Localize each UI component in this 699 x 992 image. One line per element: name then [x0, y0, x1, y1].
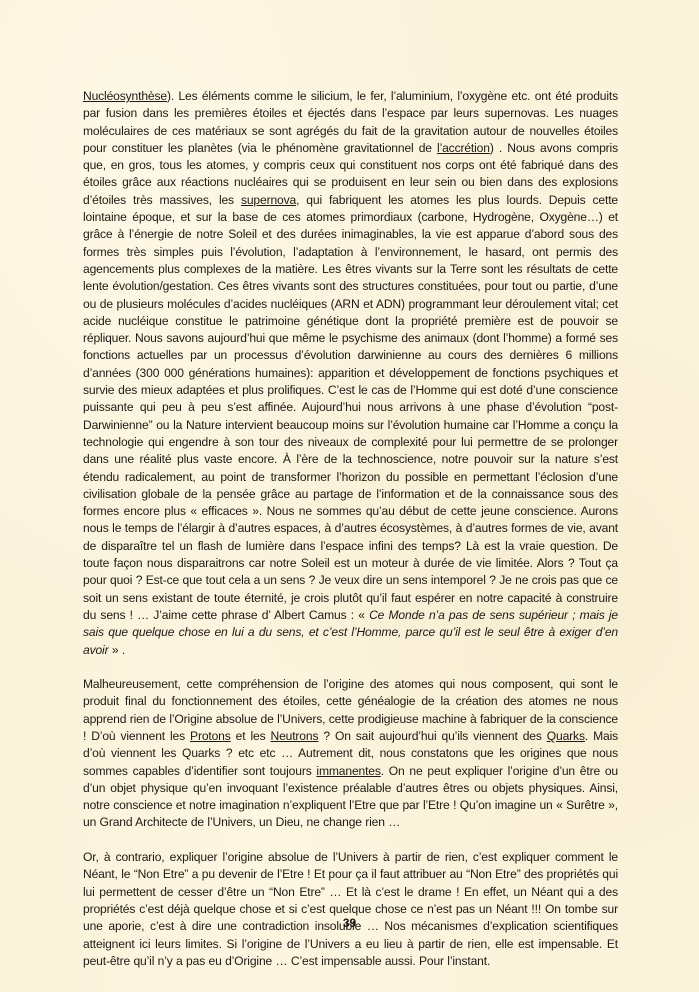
document-body: Nucléosynthèse). Les éléments comme le s…	[83, 88, 618, 970]
text-segment: et les	[231, 729, 271, 743]
paragraph-origin-of-life: Nucléosynthèse). Les éléments comme le s…	[83, 88, 618, 659]
link-accretion[interactable]: l’accrétion	[437, 141, 490, 155]
text-segment: » .	[108, 643, 125, 657]
link-neutrons[interactable]: Neutrons	[270, 729, 318, 743]
text-segment: ? On sait aujourd’hui qu’ils viennent de…	[318, 729, 546, 743]
link-protons[interactable]: Protons	[190, 729, 231, 743]
text-segment: , qui fabriquent les atomes les plus lou…	[83, 193, 618, 622]
paragraph-nothingness: Or, à contrario, expliquer l’origine abs…	[83, 849, 618, 970]
page-number: 39	[0, 916, 699, 930]
link-quarks[interactable]: Quarks	[547, 729, 585, 743]
text-segment: Or, à contrario, expliquer l’origine abs…	[83, 850, 618, 968]
link-nucleosynthese[interactable]: Nucléosynthèse	[83, 89, 167, 103]
link-supernova[interactable]: supernova	[241, 193, 296, 207]
paragraph-origin-of-atoms: Malheureusement, cette compréhension de …	[83, 676, 618, 832]
link-immanentes[interactable]: immanentes	[316, 764, 380, 778]
